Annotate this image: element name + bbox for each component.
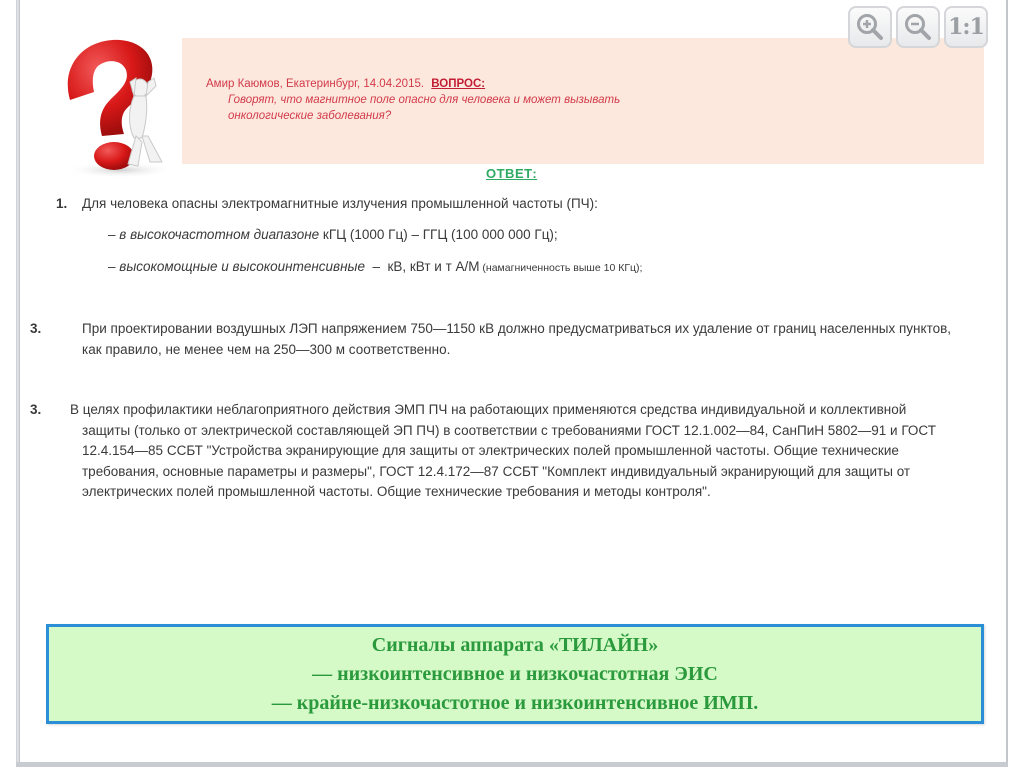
zoom-in-icon [855, 12, 885, 42]
answer-item-1: 1.Для человека опасны электромагнитные и… [56, 196, 598, 211]
answer-item-1-sub-1: – в высокочастотном диапазоне кГЦ (1000 … [108, 227, 558, 242]
sub-text: – кВ, кВт и т А/М [365, 259, 480, 274]
answer-item-1-sub-2: – высокомощные и высокоинтенсивные – кВ,… [108, 259, 642, 274]
dash: – [108, 259, 116, 274]
question-mark-figure-image [50, 30, 180, 180]
signals-line-1: Сигналы аппарата «ТИЛАЙН» [372, 631, 658, 660]
answer-title: ОТВЕТ: [486, 166, 537, 181]
signals-line-2: — низкоинтенсивное и низкочастотная ЭИС [312, 660, 718, 689]
signals-box: Сигналы аппарата «ТИЛАЙН» — низкоинтенси… [46, 624, 984, 724]
question-box: Амир Каюмов, Екатеринбург, 14.04.2015. В… [182, 38, 984, 164]
item-number: 3. [56, 318, 82, 339]
question-header: Амир Каюмов, Екатеринбург, 14.04.2015. В… [206, 76, 984, 92]
item-number: 1. [56, 196, 82, 211]
question-text: Говорят, что магнитное поле опасно для ч… [206, 92, 628, 124]
actual-size-button[interactable]: 1:1 [944, 6, 988, 48]
viewer-frame-right [1006, 0, 1008, 767]
dash: – [108, 227, 116, 242]
answer-item-3: 3.В целях профилактики неблагоприятного … [56, 400, 956, 503]
sub-italic-text: в высокочастотном диапазоне [119, 227, 319, 242]
zoom-toolbar: 1:1 [848, 6, 988, 48]
item-text: При проектировании воздушных ЛЭП напряже… [82, 321, 951, 357]
actual-size-label: 1:1 [948, 14, 984, 40]
item-text: Для человека опасны электромагнитные изл… [82, 196, 598, 211]
zoom-in-button[interactable] [848, 6, 892, 48]
sub-text: кГЦ (1000 Гц) – ГГЦ (100 000 000 Гц); [319, 227, 558, 242]
zoom-out-button[interactable] [896, 6, 940, 48]
question-tag: ВОПРОС: [431, 78, 485, 90]
item-text: В целях профилактики неблагоприятного де… [70, 402, 936, 499]
zoom-out-icon [903, 12, 933, 42]
signals-line-3: — крайне-низкочастотное и низкоинтенсивн… [272, 689, 758, 718]
viewer-frame-bottom [16, 762, 1008, 767]
sub-italic-text: высокомощные и высокоинтенсивные [119, 259, 365, 274]
question-author: Амир Каюмов, Екатеринбург, 14.04.2015. [206, 78, 424, 90]
sub-small-text: (намагниченность выше 10 КГц); [480, 262, 643, 274]
item-number: 3. [56, 400, 70, 421]
answer-item-2: 3.При проектировании воздушных ЛЭП напря… [56, 318, 956, 360]
